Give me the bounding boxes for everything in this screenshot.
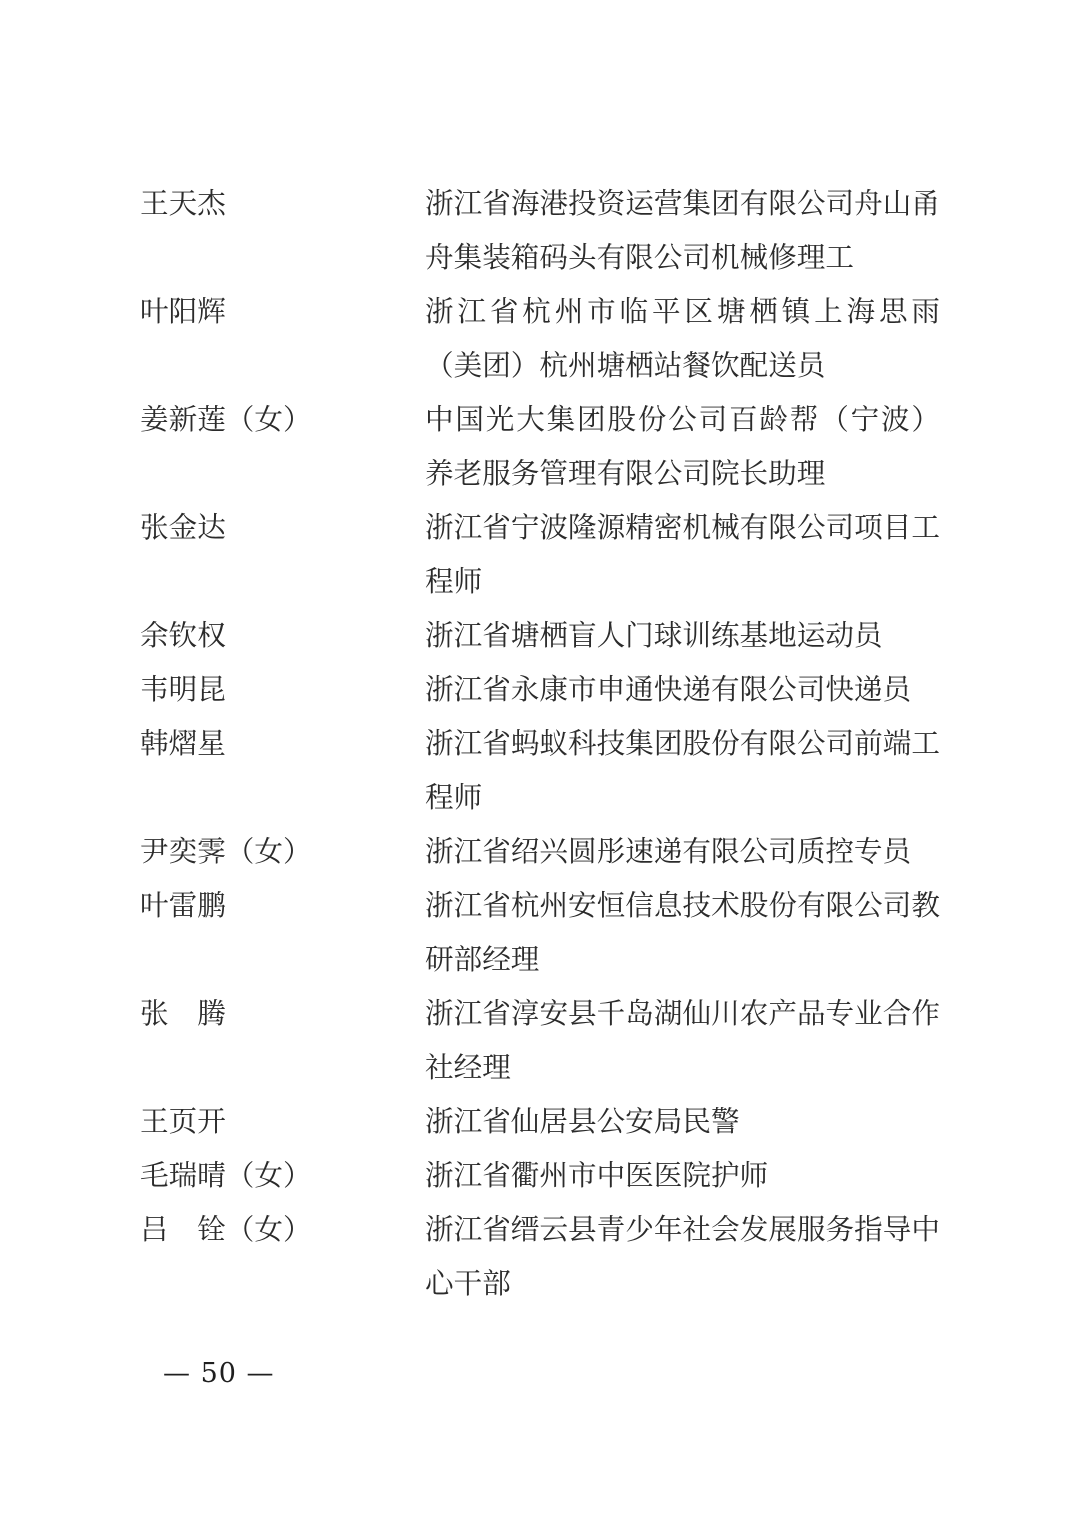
recipient-title: 浙江省永康市申通快递有限公司快递员 [425, 662, 940, 716]
recipient-title: 浙江省海港投资运营集团有限公司舟山甬舟集装箱码头有限公司机械修理工 [425, 176, 940, 284]
list-item: 韩熠星 浙江省蚂蚁科技集团股份有限公司前端工程师 [140, 716, 940, 824]
recipient-name: 王天杰 [140, 176, 425, 230]
recipient-title-line: 浙江省塘栖盲人门球训练基地运动员 [425, 608, 940, 662]
recipient-name: 姜新莲（女） [140, 392, 425, 446]
recipient-title-line: 浙江省绍兴圆彤速递有限公司质控专员 [425, 824, 940, 878]
recipient-list: 王天杰 浙江省海港投资运营集团有限公司舟山甬舟集装箱码头有限公司机械修理工 叶阳… [140, 176, 940, 1310]
list-item: 吕 铨（女） 浙江省缙云县青少年社会发展服务指导中心干部 [140, 1202, 940, 1310]
recipient-title-line: 浙江省仙居县公安局民警 [425, 1094, 940, 1148]
recipient-title-line: 中国光大集团股份公司百龄帮（宁波） [425, 392, 940, 446]
list-item: 张金达 浙江省宁波隆源精密机械有限公司项目工程师 [140, 500, 940, 608]
recipient-title-line: 养老服务管理有限公司院长助理 [425, 446, 940, 500]
page-number: — 50 — [163, 1358, 275, 1390]
recipient-title: 浙江省绍兴圆彤速递有限公司质控专员 [425, 824, 940, 878]
recipient-name: 毛瑞晴（女） [140, 1148, 425, 1202]
recipient-title: 中国光大集团股份公司百龄帮（宁波）养老服务管理有限公司院长助理 [425, 392, 940, 500]
recipient-title-line: 浙江省缙云县青少年社会发展服务指导中 [425, 1202, 940, 1256]
recipient-title-line: 研部经理 [425, 932, 940, 986]
list-item: 王天杰 浙江省海港投资运营集团有限公司舟山甬舟集装箱码头有限公司机械修理工 [140, 176, 940, 284]
list-item: 王页开 浙江省仙居县公安局民警 [140, 1094, 940, 1148]
recipient-name: 张金达 [140, 500, 425, 554]
list-item: 韦明昆 浙江省永康市申通快递有限公司快递员 [140, 662, 940, 716]
recipient-name: 韩熠星 [140, 716, 425, 770]
recipient-title: 浙江省杭州市临平区塘栖镇上海思雨（美团）杭州塘栖站餐饮配送员 [425, 284, 940, 392]
list-item: 余钦权 浙江省塘栖盲人门球训练基地运动员 [140, 608, 940, 662]
recipient-name: 张 腾 [140, 986, 425, 1040]
recipient-title: 浙江省淳安县千岛湖仙川农产品专业合作社经理 [425, 986, 940, 1094]
list-item: 张 腾 浙江省淳安县千岛湖仙川农产品专业合作社经理 [140, 986, 940, 1094]
recipient-title: 浙江省仙居县公安局民警 [425, 1094, 940, 1148]
document-page: 王天杰 浙江省海港投资运营集团有限公司舟山甬舟集装箱码头有限公司机械修理工 叶阳… [0, 0, 1080, 1526]
recipient-title-line: 心干部 [425, 1256, 940, 1310]
recipient-title-line: 浙江省衢州市中医医院护师 [425, 1148, 940, 1202]
list-item: 叶雷鹏 浙江省杭州安恒信息技术股份有限公司教研部经理 [140, 878, 940, 986]
recipient-title-line: 社经理 [425, 1040, 940, 1094]
recipient-title: 浙江省塘栖盲人门球训练基地运动员 [425, 608, 940, 662]
recipient-title-line: 浙江省宁波隆源精密机械有限公司项目工 [425, 500, 940, 554]
recipient-title-line: 浙江省永康市申通快递有限公司快递员 [425, 662, 940, 716]
list-item: 毛瑞晴（女） 浙江省衢州市中医医院护师 [140, 1148, 940, 1202]
recipient-name: 韦明昆 [140, 662, 425, 716]
recipient-title: 浙江省杭州安恒信息技术股份有限公司教研部经理 [425, 878, 940, 986]
recipient-name: 王页开 [140, 1094, 425, 1148]
recipient-title: 浙江省衢州市中医医院护师 [425, 1148, 940, 1202]
recipient-title-line: 程师 [425, 554, 940, 608]
recipient-title-line: 程师 [425, 770, 940, 824]
recipient-name: 叶阳辉 [140, 284, 425, 338]
recipient-title-line: 浙江省杭州市临平区塘栖镇上海思雨 [425, 284, 940, 338]
recipient-name: 叶雷鹏 [140, 878, 425, 932]
recipient-title-line: （美团）杭州塘栖站餐饮配送员 [425, 338, 940, 392]
recipient-title: 浙江省缙云县青少年社会发展服务指导中心干部 [425, 1202, 940, 1310]
recipient-name: 余钦权 [140, 608, 425, 662]
list-item: 尹奕霁（女） 浙江省绍兴圆彤速递有限公司质控专员 [140, 824, 940, 878]
recipient-title: 浙江省宁波隆源精密机械有限公司项目工程师 [425, 500, 940, 608]
recipient-name: 尹奕霁（女） [140, 824, 425, 878]
recipient-title-line: 舟集装箱码头有限公司机械修理工 [425, 230, 940, 284]
recipient-title-line: 浙江省蚂蚁科技集团股份有限公司前端工 [425, 716, 940, 770]
recipient-name: 吕 铨（女） [140, 1202, 425, 1256]
list-item: 姜新莲（女） 中国光大集团股份公司百龄帮（宁波）养老服务管理有限公司院长助理 [140, 392, 940, 500]
recipient-title-line: 浙江省海港投资运营集团有限公司舟山甬 [425, 176, 940, 230]
recipient-title: 浙江省蚂蚁科技集团股份有限公司前端工程师 [425, 716, 940, 824]
recipient-title-line: 浙江省杭州安恒信息技术股份有限公司教 [425, 878, 940, 932]
list-item: 叶阳辉 浙江省杭州市临平区塘栖镇上海思雨（美团）杭州塘栖站餐饮配送员 [140, 284, 940, 392]
recipient-title-line: 浙江省淳安县千岛湖仙川农产品专业合作 [425, 986, 940, 1040]
